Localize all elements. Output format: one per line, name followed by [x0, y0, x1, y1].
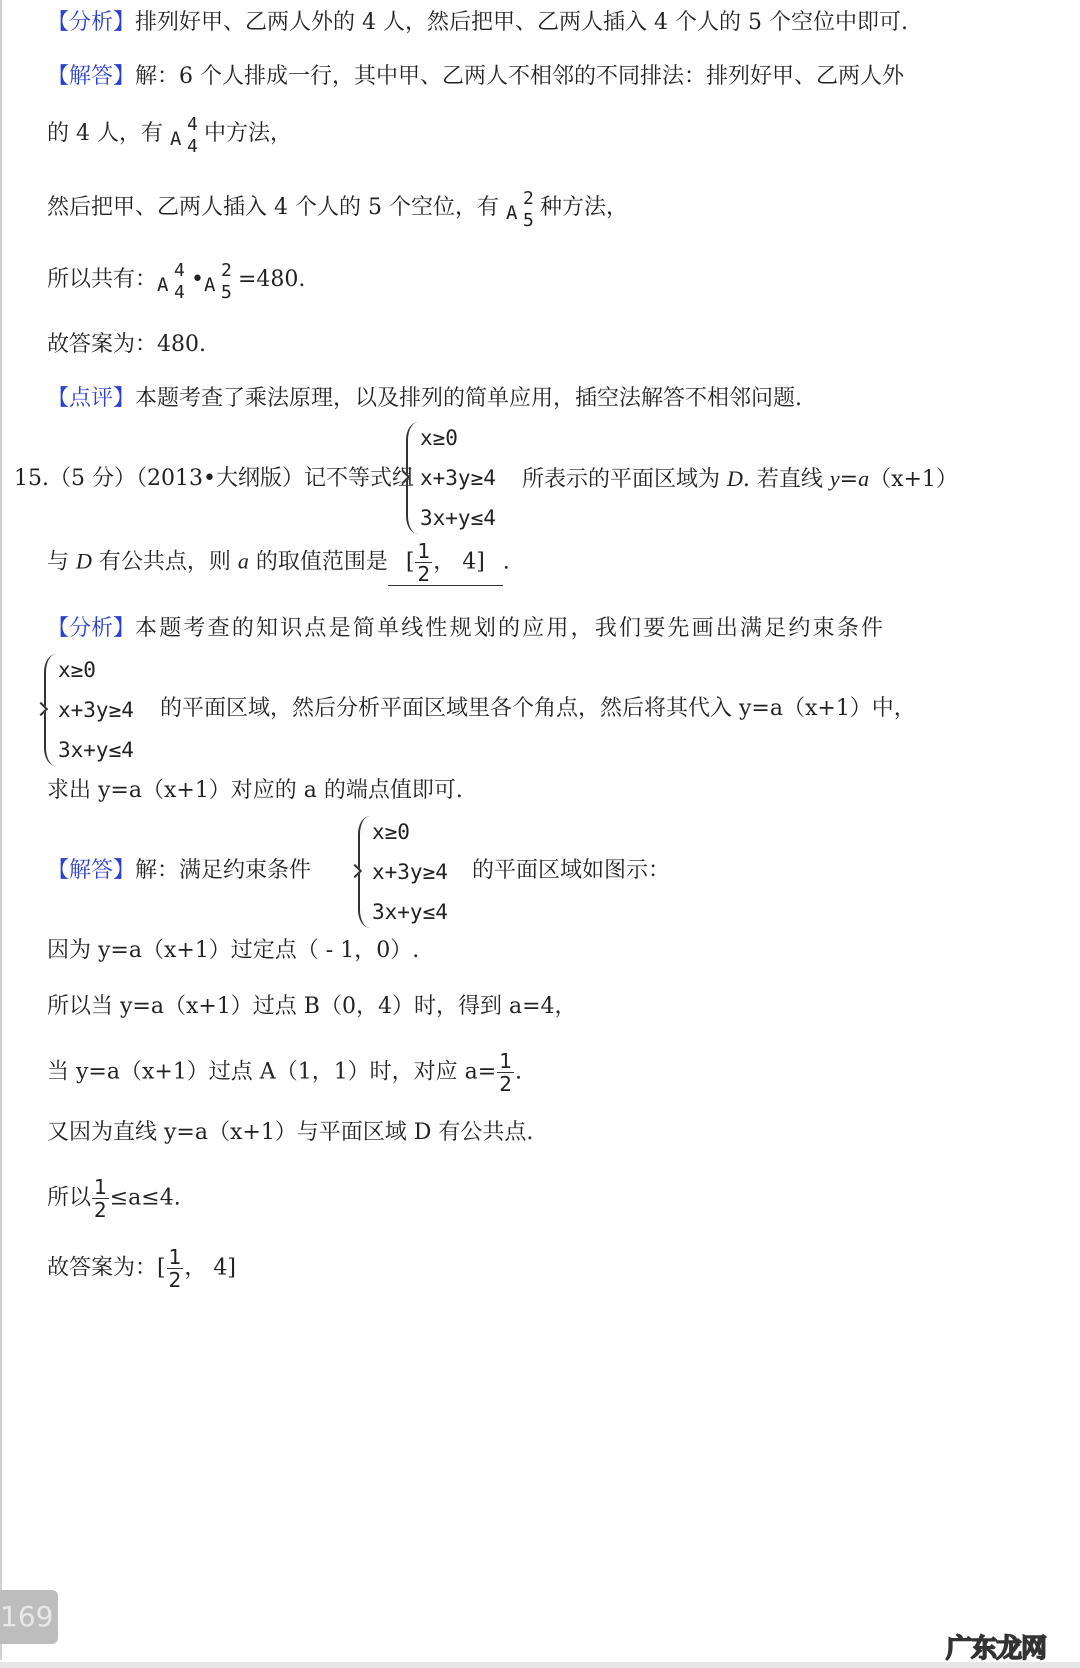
brace-icon — [406, 422, 418, 534]
problem15-analysis-line3: 求出 y=a（x+1）对应的 a 的端点值即可. — [47, 776, 463, 806]
comment-tag: 【点评】 — [47, 386, 135, 411]
solution-step-2: 所以当 y=a（x+1）过点 B（0，4）时，得到 a=4， — [47, 992, 577, 1022]
fraction: 12 — [497, 1050, 514, 1095]
solution-tag: 【解答】 — [47, 64, 135, 89]
page-number-badge[interactable]: 169 — [0, 1590, 58, 1644]
inequality-system: x≥0 x+3y≥4 3x+y≤4 — [406, 418, 526, 538]
solution-step-1: 因为 y=a（x+1）过定点（ - 1，0）. — [47, 936, 419, 966]
permutation-A52: A25 — [506, 186, 540, 230]
final-answer: 故答案为：[12， 4] — [47, 1246, 236, 1291]
solution-tag: 【解答】 — [47, 858, 135, 883]
inequality-system: x≥0 x+3y≥4 3x+y≤4 — [358, 812, 478, 932]
permutation-A44: A44 — [170, 112, 204, 156]
solution-step-3: 当 y=a（x+1）过点 A（1，1）时，对应 a=12. — [47, 1050, 522, 1095]
problem15-stem: 15.（5 分）（2013•大纲版）记不等式组 — [14, 464, 414, 494]
fraction: 12 — [92, 1176, 109, 1221]
solution-step-5: 所以12≤a≤4. — [47, 1176, 181, 1221]
site-watermark: 广东龙网 — [946, 1628, 1046, 1665]
prev-solution-line4: 所以共有：A44•A25=480. — [47, 258, 305, 302]
problem15-solution-intro: 【解答】解：满足约束条件 — [47, 856, 311, 886]
prev-solution-line3: 然后把甲、乙两人插入 4 个人的 5 个空位，有 A25种方法， — [47, 186, 628, 230]
problem15-analysis: 【分析】本题考查的知识点是简单线性规划的应用，我们要先画出满足约束条件 — [47, 614, 885, 644]
answer-blank: [12， 4] — [388, 540, 503, 586]
prev-solution-line1: 【解答】解：6 个人排成一行，其中甲、乙两人不相邻的不同排法：排列好甲、乙两人外 — [47, 62, 904, 92]
solution-step-4: 又因为直线 y=a（x+1）与平面区域 D 有公共点. — [47, 1118, 533, 1148]
page-bottom-border — [0, 1662, 1080, 1668]
prev-answer: 故答案为：480. — [47, 330, 206, 360]
fraction: 12 — [167, 1246, 184, 1291]
problem15-analysis-line2: 的平面区域，然后分析平面区域里各个角点，然后将其代入 y=a（x+1）中， — [160, 694, 916, 724]
prev-analysis: 【分析】排列好甲、乙两人外的 4 人，然后把甲、乙两人插入 4 个人的 5 个空… — [47, 8, 908, 38]
analysis-tag: 【分析】 — [47, 10, 135, 35]
permutation-A52: A25 — [204, 258, 238, 302]
page-left-border — [0, 0, 2, 1660]
problem15-question: 与 D 有公共点，则 a 的取值范围是[12， 4]. — [47, 540, 510, 586]
brace-icon — [44, 654, 56, 766]
permutation-A44: A44 — [157, 258, 191, 302]
prev-solution-line2: 的 4 人，有 A44中方法， — [47, 112, 292, 156]
analysis-tag: 【分析】 — [47, 616, 135, 641]
problem15-solution-intro-post: 的平面区域如图示： — [472, 856, 670, 886]
inequality-system: x≥0 x+3y≥4 3x+y≤4 — [44, 650, 164, 770]
brace-icon — [358, 816, 370, 928]
problem15-stem-continued: 所表示的平面区域为 D. 若直线 y=a（x+1） — [522, 464, 958, 495]
prev-comment: 【点评】本题考查了乘法原理，以及排列的简单应用，插空法解答不相邻问题. — [47, 384, 802, 414]
fraction: 12 — [415, 540, 432, 585]
